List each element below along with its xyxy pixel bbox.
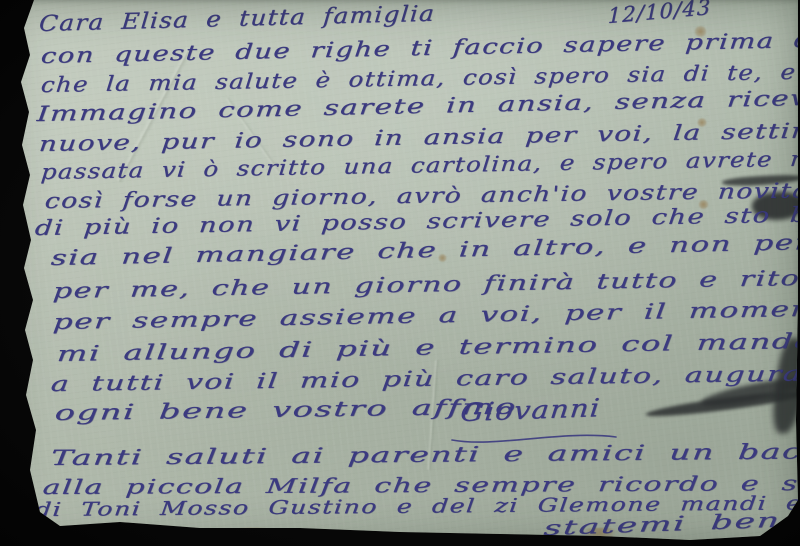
signature: Giovanni (459, 393, 602, 427)
ink-smudge (645, 388, 800, 419)
handwritten-line: a tutti voi il mio più caro saluto, augu… (50, 360, 800, 396)
handwritten-line: ogni bene vostro affmo (54, 395, 518, 425)
handwritten-line: Tanti saluti ai parenti e amici un bacio… (50, 439, 800, 470)
scanned-postcard: 12/10/43 Cara Elisa e tutta famiglia con… (0, 0, 800, 546)
handwritten-line: Cara Elisa e tutta famiglia (38, 2, 436, 37)
postcard-paper: 12/10/43 Cara Elisa e tutta famiglia con… (0, 0, 800, 546)
date-stamp: 12/10/43 (608, 0, 712, 28)
handwritten-line: mi allungo di più e termino col mandare (56, 328, 800, 366)
handwritten-line: per me, che un giorno finirà tutto e rit… (52, 264, 800, 303)
stain (230, 528, 276, 538)
